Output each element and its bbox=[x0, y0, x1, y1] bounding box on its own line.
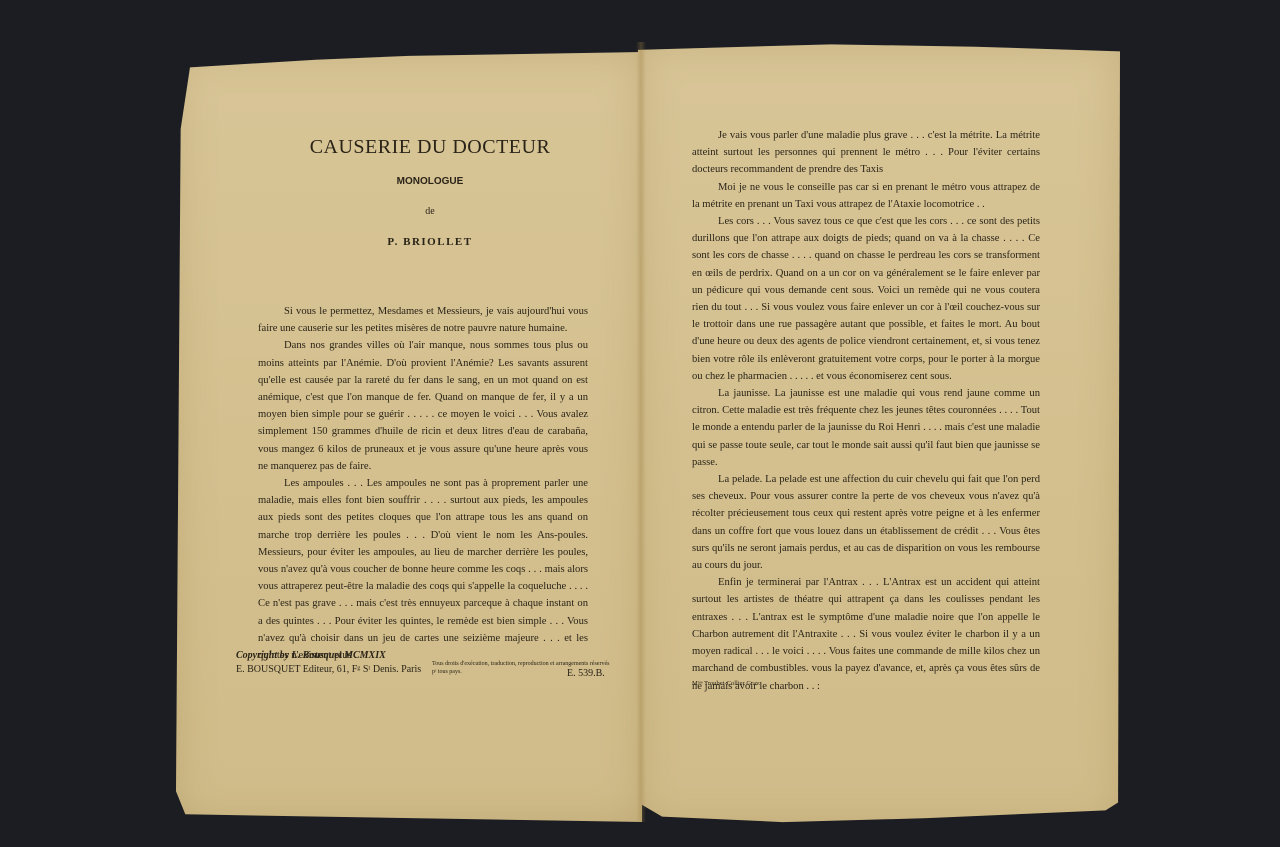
paragraph: Les ampoules . . . Les ampoules ne sont … bbox=[258, 475, 588, 664]
document-subtitle: MONOLOGUE bbox=[250, 176, 610, 187]
paragraph: La pelade. La pelade est une affection d… bbox=[692, 471, 1040, 574]
author-name: P. BRIOLLET bbox=[250, 236, 610, 248]
paragraph: Enfin je terminerai par l'Antrax . . . L… bbox=[692, 574, 1040, 694]
paragraph: Dans nos grandes villes où l'air manque,… bbox=[258, 337, 588, 475]
document-title: CAUSERIE DU DOCTEUR bbox=[250, 136, 610, 159]
byline-de: de bbox=[250, 206, 610, 217]
right-page-body: Je vais vous parler d'une maladie plus g… bbox=[692, 127, 1040, 695]
paragraph: La jaunisse. La jaunisse est une maladie… bbox=[692, 385, 1040, 471]
paragraph: Moi je ne vous le conseille pas car si e… bbox=[692, 179, 1040, 213]
left-page-body: Si vous le permettez, Mesdames et Messie… bbox=[258, 303, 588, 664]
copyright-line: Copyright by L. Bousquet MCMXIX bbox=[236, 650, 386, 661]
paragraph: Je vais vous parler d'une maladie plus g… bbox=[692, 127, 1040, 179]
publisher-line: E. BOUSQUET Editeur, 61, Fᵍ Sᵗ Denis. Pa… bbox=[236, 664, 421, 675]
engraver-credit: Mᵐᵉ Troubet-Collier Grav. bbox=[692, 680, 761, 687]
paragraph: Si vous le permettez, Mesdames et Messie… bbox=[258, 303, 588, 337]
page-fold bbox=[636, 42, 646, 822]
catalog-number: E. 539.B. bbox=[567, 668, 605, 679]
paragraph: Les cors . . . Vous savez tous ce que c'… bbox=[692, 213, 1040, 385]
